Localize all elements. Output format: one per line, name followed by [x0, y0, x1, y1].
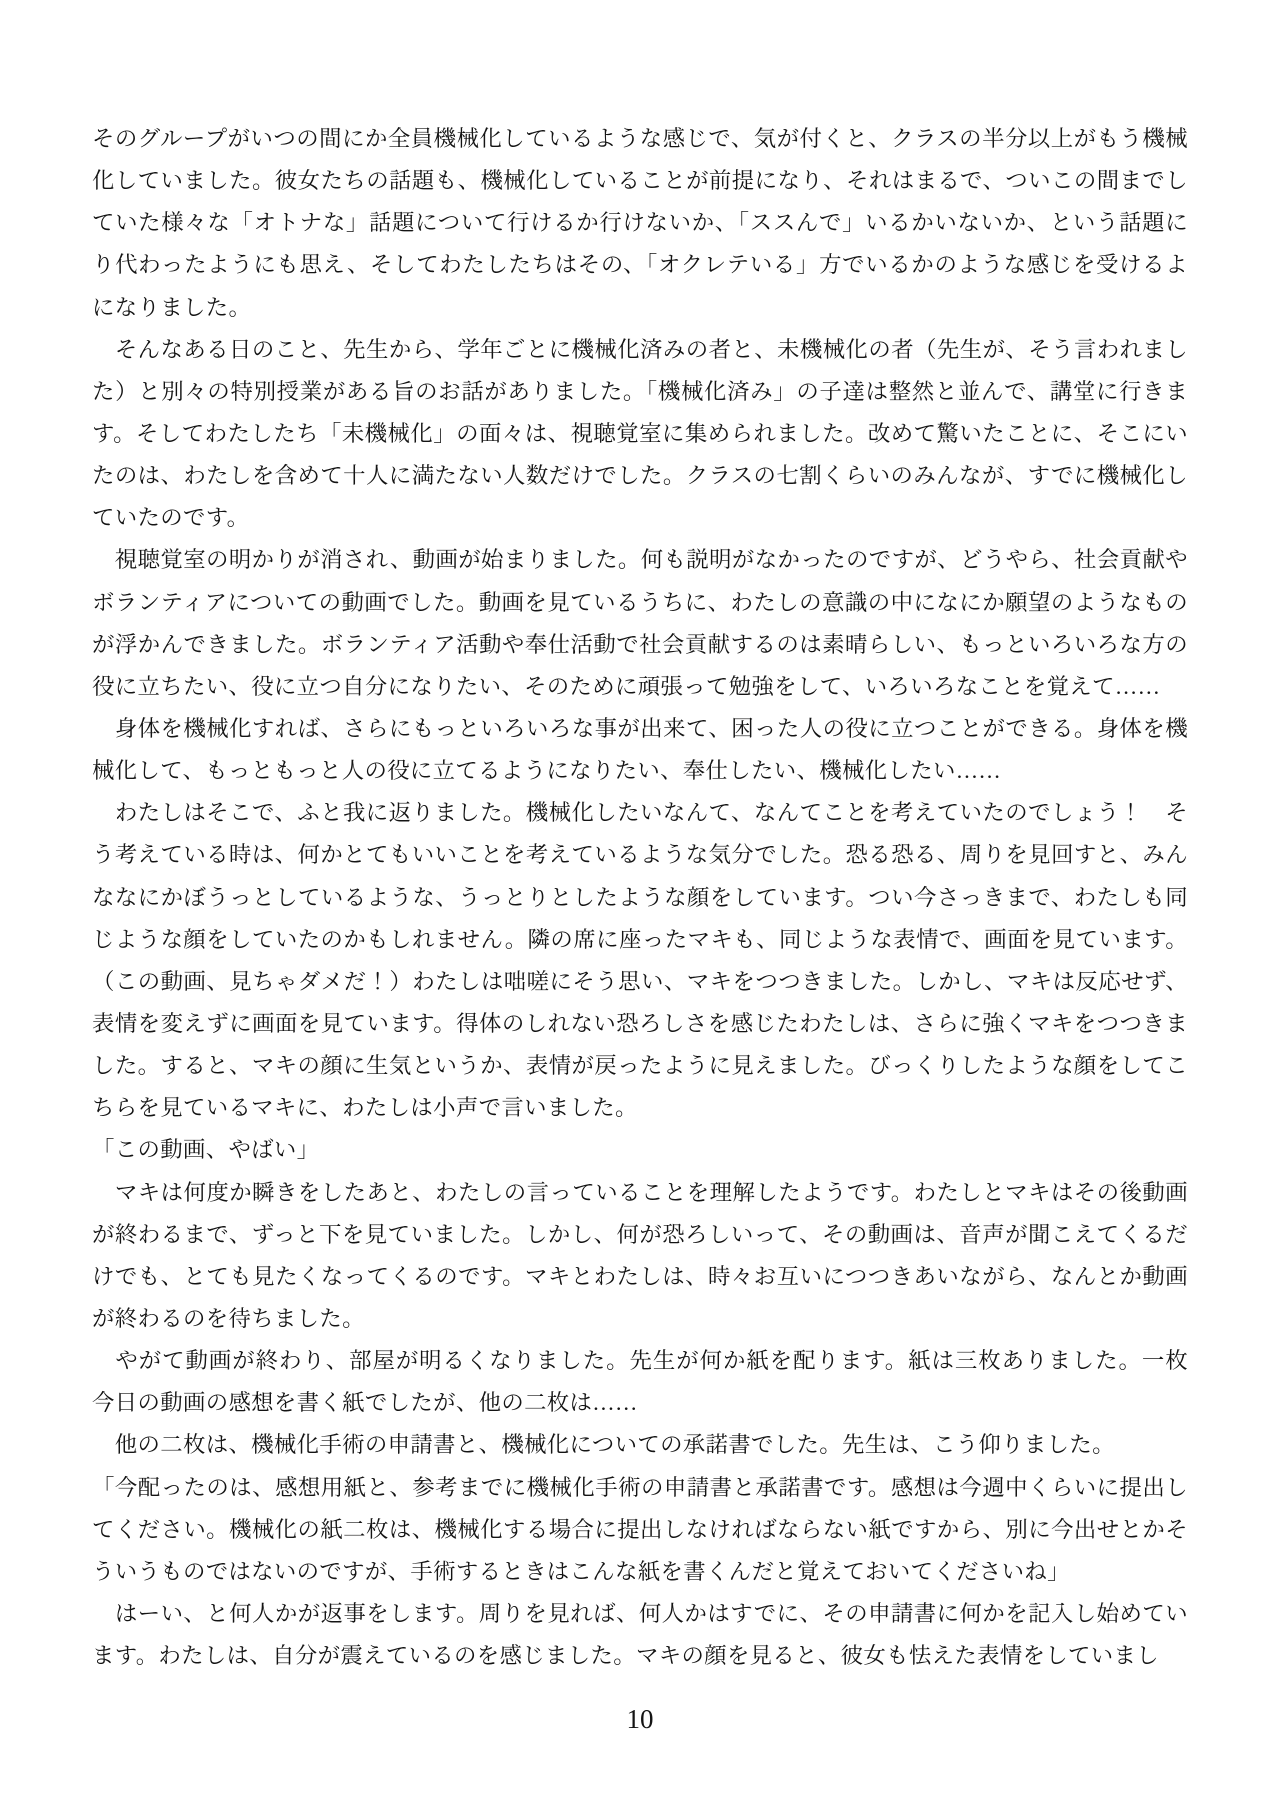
- text-line: が浮かんできました。ボランティア活動や奉仕活動で社会貢献するのは素晴らしい、もっ…: [92, 624, 1188, 666]
- text-line: てください。機械化の紙二枚は、機械化する場合に提出しなければならない紙ですから、…: [92, 1509, 1188, 1551]
- text-line: ます。わたしは、自分が震えているのを感じました。マキの顔を見ると、彼女も怯えた表…: [92, 1635, 1188, 1677]
- text-line: ボランティアについての動画でした。動画を見ているうちに、わたしの意識の中になにか…: [92, 582, 1188, 624]
- text-line: ていた様々な「オトナな」話題について行けるか行けないか、「ススんで」いるかいない…: [92, 202, 1188, 244]
- text-line: が終わるのを待ちました。: [92, 1298, 1188, 1340]
- text-line: マキは何度か瞬きをしたあと、わたしの言っていることを理解したようです。わたしとマ…: [92, 1172, 1188, 1214]
- text-line: 視聴覚室の明かりが消され、動画が始まりました。何も説明がなかったのですが、どうや…: [92, 539, 1188, 581]
- text-line: になりました。: [92, 287, 1188, 329]
- text-line: そのグループがいつの間にか全員機械化しているような感じで、気が付くと、クラスの半…: [92, 118, 1188, 160]
- text-line: たのは、わたしを含めて十人に満たない人数だけでした。クラスの七割くらいのみんなが…: [92, 455, 1188, 497]
- text-line: した。すると、マキの顔に生気というか、表情が戻ったように見えました。びっくりした…: [92, 1045, 1188, 1087]
- text-line: 「この動画、やばい」: [92, 1129, 1188, 1171]
- text-line: ういうものではないのですが、手術するときはこんな紙を書くんだと覚えておいてくださ…: [92, 1551, 1188, 1593]
- text-line: が終わるまで、ずっと下を見ていました。しかし、何が恐ろしいって、その動画は、音声…: [92, 1214, 1188, 1256]
- text-line: じような顔をしていたのかもしれません。隣の席に座ったマキも、同じような表情で、画…: [92, 919, 1188, 961]
- text-line: 役に立ちたい、役に立つ自分になりたい、そのために頑張って勉強をして、いろいろなこ…: [92, 666, 1188, 708]
- text-line: そんなある日のこと、先生から、学年ごとに機械化済みの者と、未機械化の者（先生が、…: [92, 329, 1188, 371]
- document-page: そのグループがいつの間にか全員機械化しているような感じで、気が付くと、クラスの半…: [0, 0, 1280, 1808]
- text-line: ていたのです。: [92, 497, 1188, 539]
- text-line: 表情を変えずに画面を見ています。得体のしれない恐ろしさを感じたわたしは、さらに強…: [92, 1003, 1188, 1045]
- body-text: そのグループがいつの間にか全員機械化しているような感じで、気が付くと、クラスの半…: [92, 118, 1188, 1677]
- text-line: わたしはそこで、ふと我に返りました。機械化したいなんて、なんてことを考えていたの…: [92, 792, 1188, 834]
- text-line: 械化して、もっともっと人の役に立てるようになりたい、奉仕したい、機械化したい……: [92, 750, 1188, 792]
- text-line: ちらを見ているマキに、わたしは小声で言いました。: [92, 1087, 1188, 1129]
- text-line: 他の二枚は、機械化手術の申請書と、機械化についての承諾書でした。先生は、こう仰り…: [92, 1424, 1188, 1466]
- text-line: 身体を機械化すれば、さらにもっといろいろな事が出来て、困った人の役に立つことがで…: [92, 708, 1188, 750]
- text-line: はーい、と何人かが返事をします。周りを見れば、何人かはすでに、その申請書に何かを…: [92, 1593, 1188, 1635]
- text-line: やがて動画が終わり、部屋が明るくなりました。先生が何か紙を配ります。紙は三枚あり…: [92, 1340, 1188, 1382]
- text-line: けでも、とても見たくなってくるのです。マキとわたしは、時々お互いにつつきあいなが…: [92, 1256, 1188, 1298]
- text-line: ななにかぼうっとしているような、うっとりとしたような顔をしています。つい今さっき…: [92, 877, 1188, 919]
- text-line: 今日の動画の感想を書く紙でしたが、他の二枚は……: [92, 1382, 1188, 1424]
- page-number: 10: [92, 1699, 1188, 1739]
- text-line: す。そしてわたしたち「未機械化」の面々は、視聴覚室に集められました。改めて驚いた…: [92, 413, 1188, 455]
- text-line: た）と別々の特別授業がある旨のお話がありました。「機械化済み」の子達は整然と並ん…: [92, 371, 1188, 413]
- text-line: （この動画、見ちゃダメだ！）わたしは咄嗟にそう思い、マキをつつきました。しかし、…: [92, 961, 1188, 1003]
- text-line: 化していました。彼女たちの話題も、機械化していることが前提になり、それはまるで、…: [92, 160, 1188, 202]
- text-line: り代わったようにも思え、そしてわたしたちはその、「オクレテいる」方でいるかのよう…: [92, 244, 1188, 286]
- text-line: う考えている時は、何かとてもいいことを考えているような気分でした。恐る恐る、周り…: [92, 834, 1188, 876]
- text-line: 「今配ったのは、感想用紙と、参考までに機械化手術の申請書と承諾書です。感想は今週…: [92, 1467, 1188, 1509]
